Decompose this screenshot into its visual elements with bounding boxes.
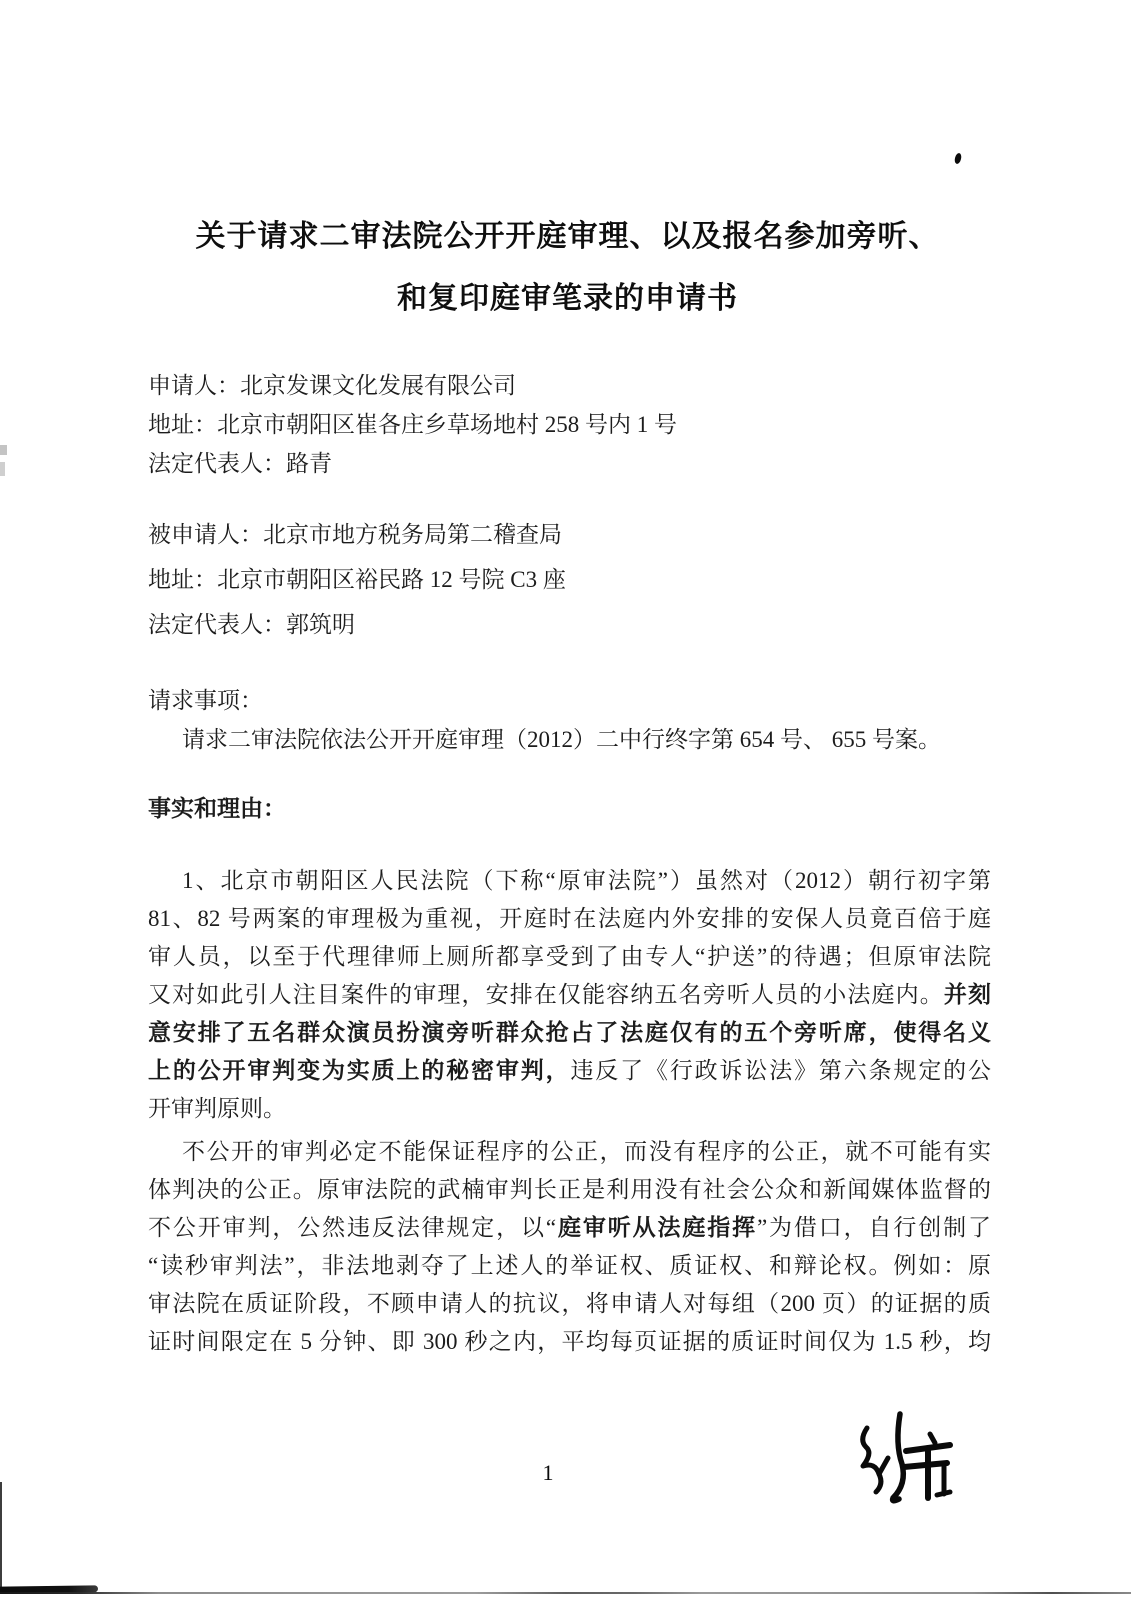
body-text-segment: 不公开审判，公然违反法律规定，以“: [148, 1215, 556, 1240]
body-line: 证时间限定在 5 分钟、即 300 秒之内，平均每页证据的质证时间仅为 1.5 …: [148, 1323, 991, 1361]
body-line: 不公开审判，公然违反法律规定，以“庭审听从法庭指挥”为借口，自行创制了: [148, 1209, 991, 1247]
body-text-segment-bold: 并刻: [944, 982, 991, 1007]
body-line: 体判决的公正。原审法院的武楠审判长正是利用没有社会公众和新闻媒体监督的: [148, 1171, 991, 1209]
body-text-segment: 违反了《行政诉讼法》第六条规定的公: [570, 1058, 991, 1083]
handwritten-signature: [846, 1406, 966, 1518]
body-text-segment: 又对如此引人注目案件的审理，安排在仅能容纳五名旁听人员的小法庭内。: [148, 982, 944, 1007]
body-line: “读秒审判法”，非法地剥夺了上述人的举证权、质证权、和辩论权。例如：原: [148, 1247, 991, 1285]
body-line: 开审判原则。: [148, 1090, 991, 1128]
respondent-address-line: 地址：北京市朝阳区裕民路 12 号院 C3 座: [148, 557, 991, 602]
scan-smudge: [0, 445, 7, 455]
applicant-legal-rep-line: 法定代表人：路青: [148, 444, 991, 483]
scan-speck: [954, 152, 962, 164]
body-line: 上的公开审判变为实质上的秘密审判，违反了《行政诉讼法》第六条规定的公: [148, 1052, 991, 1090]
respondent-info-block: 被申请人：北京市地方税务局第二稽查局 地址：北京市朝阳区裕民路 12 号院 C3…: [148, 512, 991, 647]
body-line: 81、82 号两案的审理极为重视，开庭时在法庭内外安排的安保人员竟百倍于庭: [148, 900, 991, 938]
body-line: 1、北京市朝阳区人民法院（下称“原审法院”）虽然对（2012）朝行初字第: [148, 862, 991, 900]
body-line: 不公开的审判必定不能保证程序的公正，而没有程序的公正，就不可能有实: [148, 1133, 991, 1171]
body-line: 又对如此引人注目案件的审理，安排在仅能容纳五名旁听人员的小法庭内。并刻: [148, 976, 991, 1014]
body-line: 审人员，以至于代理律师上厕所都享受到了由专人“护送”的待遇；但原审法院: [148, 938, 991, 976]
applicant-name-line: 申请人：北京发课文化发展有限公司: [148, 366, 991, 405]
document-title-line-2: 和复印庭审笔录的申请书: [120, 276, 1015, 322]
page-number: 1: [528, 1460, 568, 1486]
facts-paragraph-1: 1、北京市朝阳区人民法院（下称“原审法院”）虽然对（2012）朝行初字第 81、…: [148, 862, 991, 1128]
scan-smudge: [0, 462, 5, 476]
respondent-legal-rep-line: 法定代表人：郭筑明: [148, 602, 991, 647]
scan-edge-bottom: [0, 1592, 1131, 1594]
scan-edge-left: [0, 1482, 2, 1594]
facts-paragraph-2: 不公开的审判必定不能保证程序的公正，而没有程序的公正，就不可能有实 体判决的公正…: [148, 1133, 991, 1361]
body-line-bold: 意安排了五名群众演员扮演旁听群众抢占了法庭仅有的五个旁听席，使得名义: [148, 1014, 991, 1052]
request-items-heading: 请求事项：: [148, 682, 991, 720]
request-items-content: 请求二审法院依法公开开庭审理（2012）二中行终字第 654 号、 655 号案…: [148, 721, 991, 759]
respondent-name-line: 被申请人：北京市地方税务局第二稽查局: [148, 512, 991, 557]
applicant-info-block: 申请人：北京发课文化发展有限公司 地址：北京市朝阳区崔各庄乡草场地村 258 号…: [148, 366, 991, 483]
applicant-address-line: 地址：北京市朝阳区崔各庄乡草场地村 258 号内 1 号: [148, 405, 991, 444]
facts-and-reasons-heading: 事实和理由：: [148, 790, 991, 828]
body-line: 审法院在质证阶段，不顾申请人的抗议，将申请人对每组（200 页）的证据的质: [148, 1285, 991, 1323]
body-text-segment-bold: 上的公开审判变为实质上的秘密审判，: [148, 1058, 570, 1083]
body-text-segment: ”为借口，自行创制了: [757, 1215, 991, 1240]
scanned-document-page: 关于请求二审法院公开开庭审理、以及报名参加旁听、 和复印庭审笔录的申请书 申请人…: [0, 0, 1131, 1600]
document-title-line-1: 关于请求二审法院公开开庭审理、以及报名参加旁听、: [120, 214, 1015, 260]
body-text-segment-bold: 庭审听从法庭指挥: [556, 1215, 757, 1240]
